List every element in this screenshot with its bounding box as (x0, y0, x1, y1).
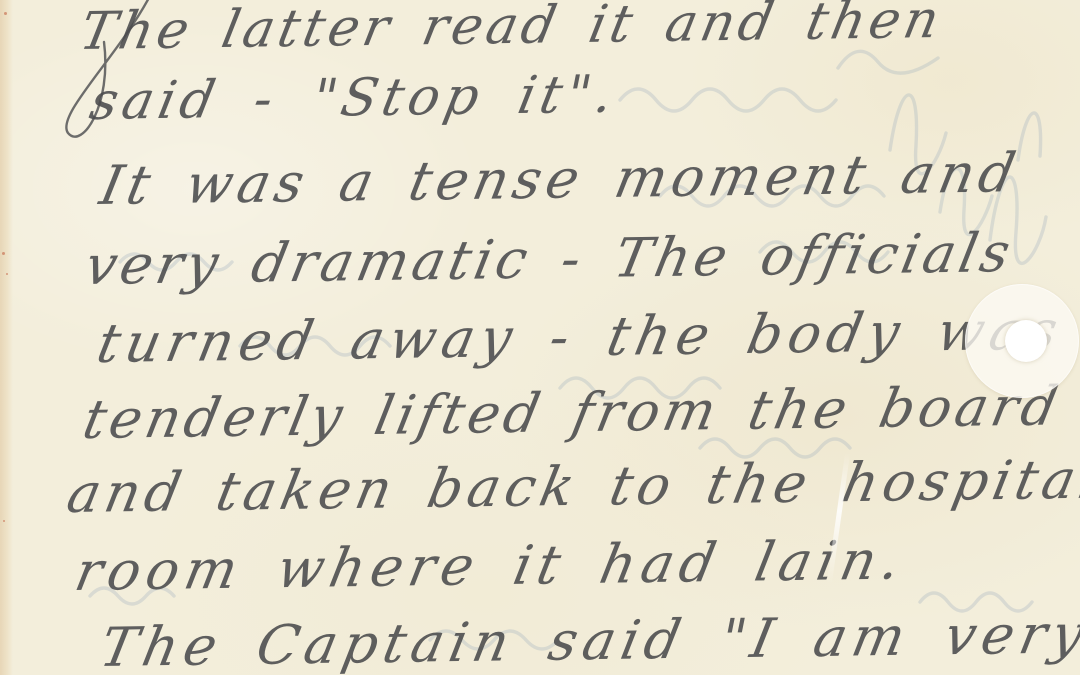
handwritten-line-2: said - "Stop it". (85, 65, 623, 132)
handwritten-line-3: It was a tense moment and (95, 141, 1025, 217)
paper-speck (4, 12, 7, 15)
paper-speck (6, 273, 8, 275)
paper-speck (3, 520, 5, 522)
punch-hole (1005, 320, 1047, 362)
handwritten-line-4: very dramatic - The officials (80, 221, 1019, 297)
scanned-letter-page: { "document": { "kind": "Handwritten let… (0, 0, 1080, 675)
handwritten-line-8: room where it had lain. (70, 528, 912, 603)
page-left-edge (0, 0, 13, 675)
handwritten-line-9: The Captain said "I am very (95, 602, 1080, 675)
paper-speck (2, 252, 5, 255)
